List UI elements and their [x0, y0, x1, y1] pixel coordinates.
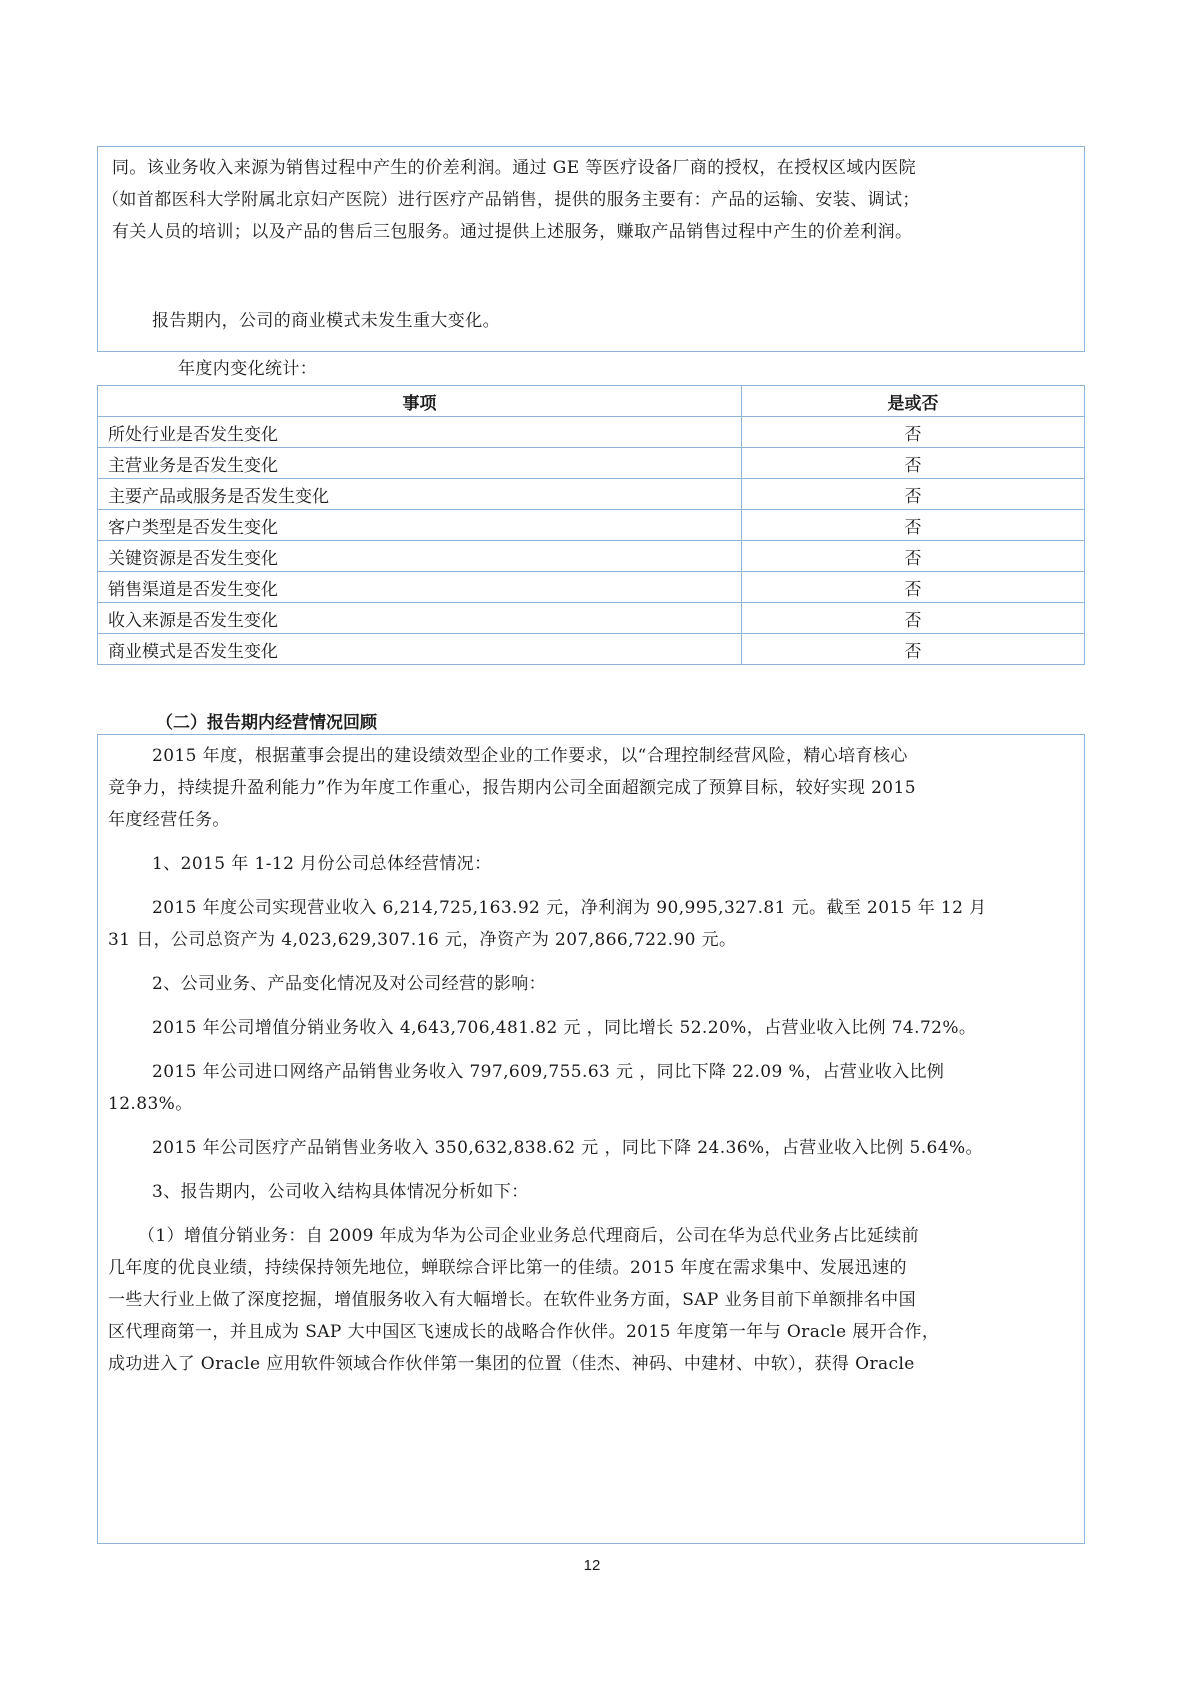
paragraph-line: 2015 年公司增值分销业务收入 4,643,706,481.82 元 ，同比增… [152, 1017, 976, 1039]
row-item: 客户类型是否发生变化 [98, 510, 742, 541]
business-model-text-box: 同。该业务收入来源为销售过程中产生的价差利润。通过 GE 等医疗设备厂商的授权，… [97, 146, 1085, 352]
paragraph-line: 有关人员的培训；以及产品的售后三包服务。通过提供上述服务，赚取产品销售过程中产生… [112, 221, 912, 243]
row-value: 否 [742, 572, 1085, 603]
paragraph-line: 竞争力，持续提升盈利能力”作为年度工作重心，报告期内公司全面超额完成了预算目标，… [108, 777, 916, 799]
paragraph-line: （1）增值分销业务：自 2009 年成为华为公司企业业务总代理商后，公司在华为总… [138, 1225, 919, 1247]
paragraph-line: 区代理商第一，并且成为 SAP 大中国区飞速成长的战略合作伙伴。2015 年度第… [108, 1321, 939, 1343]
row-value: 否 [742, 634, 1085, 665]
table-row: 主要产品或服务是否发生变化否 [98, 479, 1085, 510]
table-row: 客户类型是否发生变化否 [98, 510, 1085, 541]
row-value: 否 [742, 479, 1085, 510]
table-caption: 年度内变化统计： [178, 358, 317, 380]
table-row: 商业模式是否发生变化否 [98, 634, 1085, 665]
paragraph-line: 一些大行业上做了深度挖掘，增值服务收入有大幅增长。在软件业务方面，SAP 业务目… [108, 1289, 916, 1311]
paragraph-line: 2015 年度，根据董事会提出的建设绩效型企业的工作要求，以“合理控制经营风险，… [152, 745, 908, 767]
table-row: 主营业务是否发生变化否 [98, 448, 1085, 479]
page-number: 12 [0, 1557, 1184, 1574]
table-row: 销售渠道是否发生变化否 [98, 572, 1085, 603]
table-row: 关键资源是否发生变化否 [98, 541, 1085, 572]
row-item: 商业模式是否发生变化 [98, 634, 742, 665]
operations-review-text-box: 2015 年度，根据董事会提出的建设绩效型企业的工作要求，以“合理控制经营风险，… [97, 734, 1085, 1544]
row-item: 所处行业是否发生变化 [98, 417, 742, 448]
paragraph-line: 2015 年公司进口网络产品销售业务收入 797,609,755.63 元 ，同… [152, 1061, 944, 1083]
section-heading: （二）报告期内经营情况回顾 [156, 708, 377, 733]
row-value: 否 [742, 510, 1085, 541]
paragraph-line: 成功进入了 Oracle 应用软件领域合作伙伴第一集团的位置（佳杰、神码、中建材… [108, 1353, 915, 1375]
row-item: 收入来源是否发生变化 [98, 603, 742, 634]
row-value: 否 [742, 448, 1085, 479]
paragraph-line: 同。该业务收入来源为销售过程中产生的价差利润。通过 GE 等医疗设备厂商的授权，… [112, 157, 916, 179]
paragraph-line: 2015 年公司医疗产品销售业务收入 350,632,838.62 元 ，同比下… [152, 1137, 983, 1159]
paragraph-line: 报告期内，公司的商业模式未发生重大变化。 [152, 310, 500, 332]
paragraph-line: 3、报告期内，公司收入结构具体情况分析如下： [152, 1181, 529, 1203]
column-header-value: 是或否 [742, 386, 1085, 417]
paragraph-line: 2015 年度公司实现营业收入 6,214,725,163.92 元，净利润为 … [152, 897, 987, 919]
paragraph-line: 年度经营任务。 [108, 809, 230, 831]
paragraph-line: 12.83%。 [108, 1093, 193, 1115]
paragraph-line: （如首都医科大学附属北京妇产医院）进行医疗产品销售，提供的服务主要有：产品的运输… [102, 189, 920, 211]
column-header-item: 事项 [98, 386, 742, 417]
row-item: 关键资源是否发生变化 [98, 541, 742, 572]
row-value: 否 [742, 541, 1085, 572]
table-row: 所处行业是否发生变化否 [98, 417, 1085, 448]
table-row: 收入来源是否发生变化否 [98, 603, 1085, 634]
annual-change-table: 事项 是或否 所处行业是否发生变化否 主营业务是否发生变化否 主要产品或服务是否… [97, 385, 1085, 665]
paragraph-line: 1、2015 年 1-12 月份公司总体经营情况： [152, 853, 491, 875]
paragraph-line: 几年度的优良业绩，持续保持领先地位，蝉联综合评比第一的佳绩。2015 年度在需求… [108, 1257, 907, 1279]
row-value: 否 [742, 603, 1085, 634]
row-item: 主营业务是否发生变化 [98, 448, 742, 479]
paragraph-line: 31 日，公司总资产为 4,023,629,307.16 元，净资产为 207,… [108, 929, 736, 951]
row-value: 否 [742, 417, 1085, 448]
row-item: 主要产品或服务是否发生变化 [98, 479, 742, 510]
paragraph-line: 2、公司业务、产品变化情况及对公司经营的影响： [152, 973, 546, 995]
table-header-row: 事项 是或否 [98, 386, 1085, 417]
row-item: 销售渠道是否发生变化 [98, 572, 742, 603]
